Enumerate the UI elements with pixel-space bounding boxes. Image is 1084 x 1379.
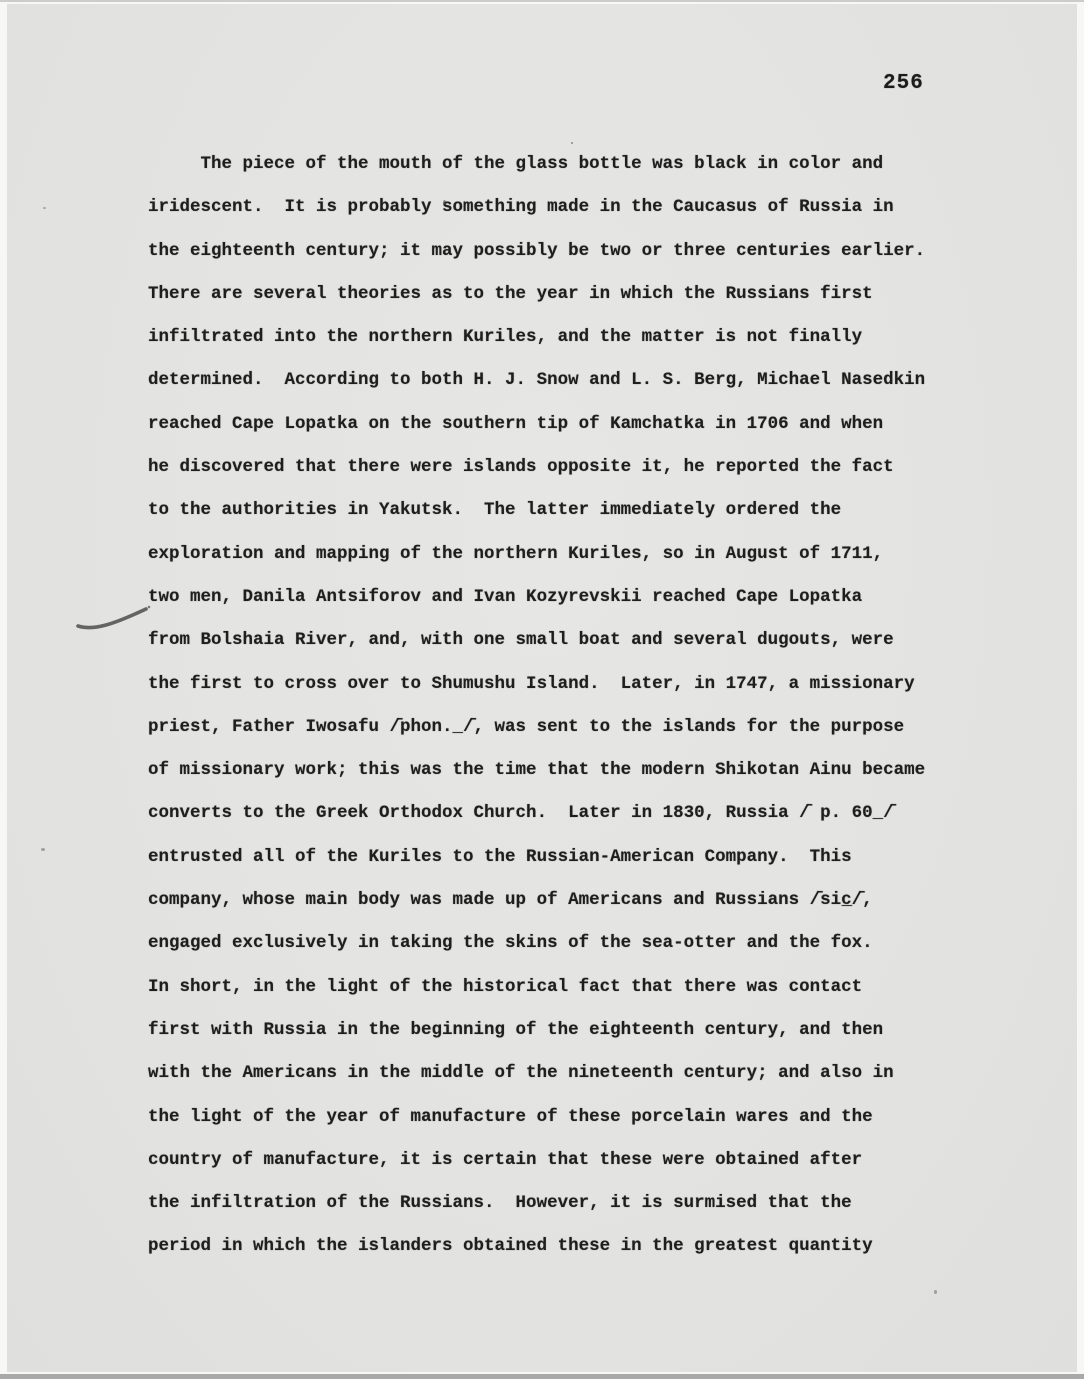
scan-speck <box>934 1290 937 1294</box>
scan-edge-bottom <box>0 1374 1084 1379</box>
text-line: priest, Father Iwosafu /̄phon._/̄, was s… <box>148 706 978 749</box>
text-line: from Bolshaia River, and, with one small… <box>148 619 978 662</box>
text-line: company, whose main body was made up of … <box>148 879 978 922</box>
scan-speck <box>41 848 45 851</box>
text-line: The piece of the mouth of the glass bott… <box>148 143 978 186</box>
text-line: two men, Danila Antsiforov and Ivan Kozy… <box>148 576 978 619</box>
text-line: engaged exclusively in taking the skins … <box>148 922 978 965</box>
text-line: country of manufacture, it is certain th… <box>148 1139 978 1182</box>
scan-edge-top <box>0 0 1084 2</box>
text-line: In short, in the light of the historical… <box>148 966 978 1009</box>
text-line: converts to the Greek Orthodox Church. L… <box>148 792 978 835</box>
text-line: exploration and mapping of the northern … <box>148 533 978 576</box>
text-line: first with Russia in the beginning of th… <box>148 1009 978 1052</box>
text-line: determined. According to both H. J. Snow… <box>148 359 978 402</box>
text-line: of missionary work; this was the time th… <box>148 749 978 792</box>
text-line: the eighteenth century; it may possibly … <box>148 230 978 273</box>
text-line: the first to cross over to Shumushu Isla… <box>148 663 978 706</box>
text-line: iridescent. It is probably something mad… <box>148 186 978 229</box>
scan-speck <box>571 142 573 144</box>
text-line: to the authorities in Yakutsk. The latte… <box>148 489 978 532</box>
document-page: 256 The piece of the mouth of the glass … <box>7 4 1077 1372</box>
scan-speck <box>43 207 46 209</box>
page-number: 256 <box>883 72 924 95</box>
text-line: the infiltration of the Russians. Howeve… <box>148 1182 978 1225</box>
text-line: period in which the islanders obtained t… <box>148 1225 978 1268</box>
text-line: infiltrated into the northern Kuriles, a… <box>148 316 978 359</box>
text-line: the light of the year of manufacture of … <box>148 1096 978 1139</box>
scanned-document-page: { "document": { "page_number": "256", "l… <box>0 0 1084 1379</box>
text-line: entrusted all of the Kuriles to the Russ… <box>148 836 978 879</box>
text-line: he discovered that there were islands op… <box>148 446 978 489</box>
text-line: reached Cape Lopatka on the southern tip… <box>148 403 978 446</box>
typewritten-text-block: The piece of the mouth of the glass bott… <box>148 143 978 1269</box>
text-line: There are several theories as to the yea… <box>148 273 978 316</box>
text-line: with the Americans in the middle of the … <box>148 1052 978 1095</box>
scan-speck <box>443 200 446 205</box>
